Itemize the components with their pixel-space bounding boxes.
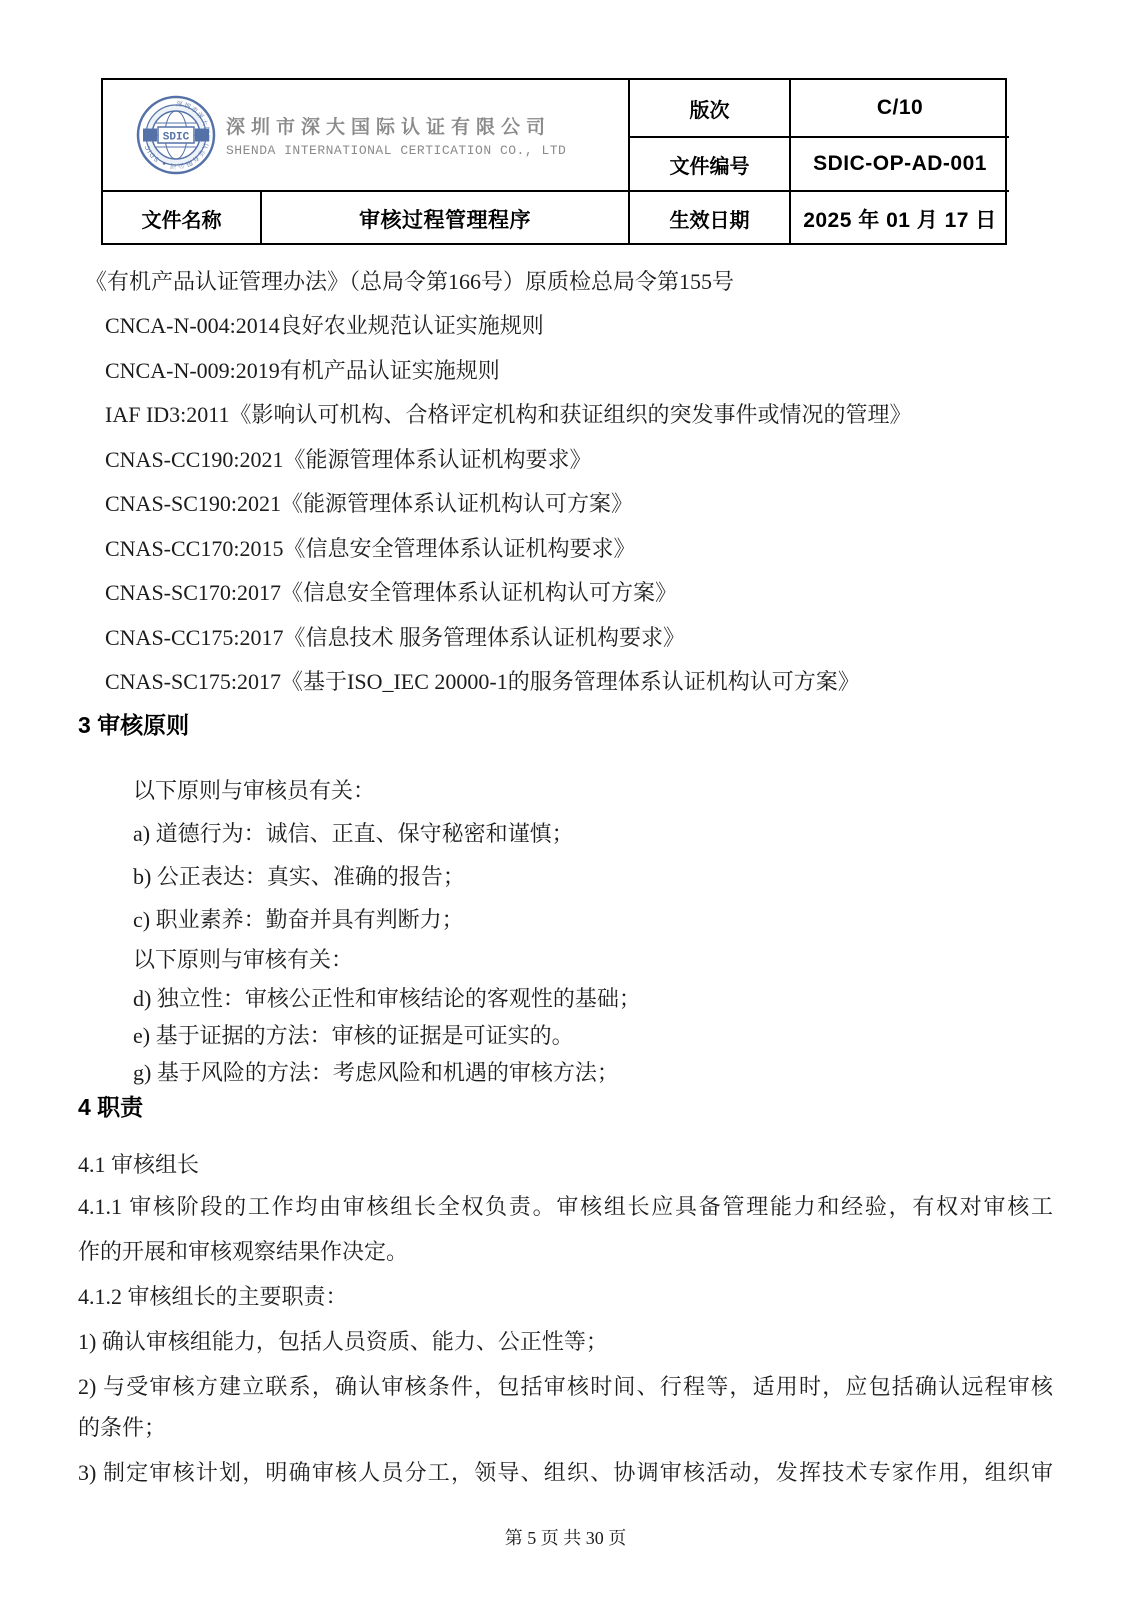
effective-date-label: 生效日期: [628, 190, 789, 245]
version-label: 版次: [628, 80, 789, 136]
doc-name-value: 审核过程管理程序: [260, 190, 628, 245]
duty-item-3: 3) 制定审核计划，明确审核人员分工，领导、组织、协调审核活动，发挥技术专家作用…: [78, 1459, 1053, 1486]
reference-line: CNAS-SC170:2017《信息安全管理体系认证机构认可方案》: [105, 579, 677, 606]
version-value: C/10: [789, 80, 1009, 136]
reference-line: CNAS-CC170:2015《信息安全管理体系认证机构要求》: [105, 535, 635, 562]
document-page: 深圳市深大国际认证有限公司 ● SDIC ● SDIC 深圳市深大国际认证有限公…: [0, 0, 1131, 1600]
company-logo-cell: 深圳市深大国际认证有限公司 ● SDIC ● SDIC 深圳市深大国际认证有限公…: [103, 80, 628, 190]
principle-item: a) 道德行为：诚信、正直、保守秘密和谨慎；: [133, 820, 574, 847]
logo-sdic-text: SDIC: [163, 132, 190, 144]
principle-item: b) 公正表达：真实、准确的报告；: [133, 863, 465, 890]
reference-line: CNAS-CC175:2017《信息技术 服务管理体系认证机构要求》: [105, 624, 685, 651]
paragraph-411-line1: 4.1.1 审核阶段的工作均由审核组长全权负责。审核组长应具备管理能力和经验，有…: [78, 1193, 1053, 1220]
reference-line: CNCA-N-009:2019有机产品认证实施规则: [105, 357, 500, 384]
company-name-block: 深圳市深大国际认证有限公司 SHENDA INTERNATIONAL CERTI…: [226, 112, 566, 158]
doc-number-value: SDIC-OP-AD-001: [789, 136, 1009, 190]
reference-line: 《有机产品认证管理办法》（总局令第166号）原质检总局令第155号: [85, 268, 734, 295]
principle-item: c) 职业素养：勤奋并具有判断力；: [133, 906, 464, 933]
paragraph-412: 4.1.2 审核组长的主要职责：: [78, 1283, 348, 1310]
doc-name-label: 文件名称: [103, 190, 260, 245]
duty-item-1: 1) 确认审核组能力，包括人员资质、能力、公正性等；: [78, 1328, 608, 1355]
duty-item-2-line2: 的条件；: [78, 1414, 166, 1441]
principle-item: d) 独立性：审核公正性和审核结论的客观性的基础；: [133, 985, 641, 1012]
document-header-table: 深圳市深大国际认证有限公司 ● SDIC ● SDIC 深圳市深大国际认证有限公…: [101, 78, 1007, 245]
company-name-cn: 深圳市深大国际认证有限公司: [226, 112, 566, 139]
paragraph-411-line2: 作的开展和审核观察结果作决定。: [78, 1238, 408, 1265]
reference-line: CNCA-N-004:2014良好农业规范认证实施规则: [105, 312, 544, 339]
company-logo-icon: 深圳市深大国际认证有限公司 ● SDIC ● SDIC: [135, 94, 217, 176]
reference-line: IAF ID3:2011《影响认可机构、合格评定机构和获证组织的突发事件或情况的…: [105, 401, 911, 428]
section3-heading: 3 审核原则: [78, 712, 189, 739]
company-name-en: SHENDA INTERNATIONAL CERTICATION CO., LT…: [226, 143, 566, 158]
principle-item: g) 基于风险的方法：考虑风险和机遇的审核方法；: [133, 1059, 619, 1086]
reference-line: CNAS-SC190:2021《能源管理体系认证机构认可方案》: [105, 490, 633, 517]
principles-audit-intro: 以下原则与审核有关：: [133, 946, 353, 973]
duty-item-2-line1: 2) 与受审核方建立联系，确认审核条件，包括审核时间、行程等，适用时，应包括确认…: [78, 1373, 1053, 1400]
subsection-41: 4.1 审核组长: [78, 1151, 199, 1178]
principles-auditors-intro: 以下原则与审核员有关：: [133, 777, 375, 804]
section4-heading: 4 职责: [78, 1094, 143, 1121]
reference-line: CNAS-CC190:2021《能源管理体系认证机构要求》: [105, 446, 591, 473]
page-number: 第 5 页 共 30 页: [0, 1524, 1131, 1550]
reference-line: CNAS-SC175:2017《基于ISO_IEC 20000-1的服务管理体系…: [105, 668, 860, 695]
effective-date-value: 2025 年 01 月 17 日: [789, 190, 1009, 245]
doc-number-label: 文件编号: [628, 136, 789, 190]
principle-item: e) 基于证据的方法：审核的证据是可证实的。: [133, 1022, 574, 1049]
